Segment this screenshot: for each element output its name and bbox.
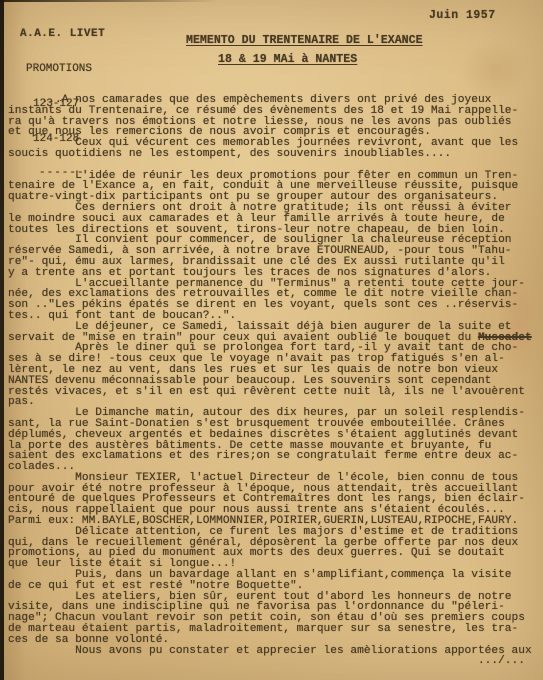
body-line — [8, 160, 541, 171]
body-line: restés vivaces, et s'il en est qui rêvèr… — [8, 387, 541, 398]
body-line: soucis quotidiens ne les estompent, des … — [8, 149, 541, 160]
page-subtitle: 18 & 19 MAi à NANTES — [218, 53, 357, 66]
date-stamp: Juin 1957 — [429, 9, 496, 22]
paper-stain — [460, 40, 530, 100]
body-line: le moindre souci aux camarades et à leur… — [8, 214, 541, 225]
body-text: ...A nos camarades que des empèchements … — [8, 95, 541, 667]
scan-edge-top — [0, 0, 220, 2]
org-name: A.A.E. LIVET — [20, 29, 105, 41]
body-line: y a trente ans et portant toujours les t… — [8, 268, 541, 279]
body-line: .../... — [8, 656, 541, 667]
body-line: saient des exclamations et des rires;on … — [8, 451, 541, 462]
page-title: MEMENTO DU TRENTENAIRE DE L'EXANCE — [186, 34, 423, 47]
body-line: déplumés, cheveux argentés et bedaines d… — [8, 430, 541, 441]
document-page: A.A.E. LIVET PROMOTIONS 123-127 124-128 … — [0, 0, 543, 680]
body-line: instants du Trentenaire, ce résumé des é… — [8, 106, 541, 117]
body-line: NANTES devenu méconnaissable pour beauco… — [8, 376, 541, 387]
org-promotions-label: PROMOTIONS — [20, 64, 105, 76]
scan-edge-left — [0, 0, 4, 680]
